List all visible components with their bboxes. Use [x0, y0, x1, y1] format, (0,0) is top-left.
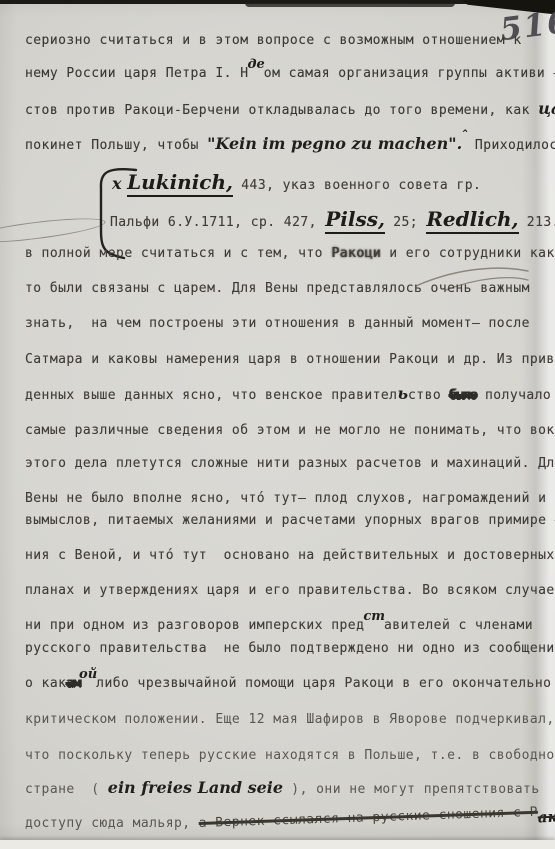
text-line: знать, на чем построены эти отношения в …	[25, 316, 530, 334]
handwritten-annotation: царь	[538, 99, 555, 118]
typed-text: ), они не могут препятствовать	[283, 782, 540, 797]
typed-text: самые различные сведения об этом и не мо…	[25, 423, 555, 438]
text-line: Вены не было вполне ясно, что́ тут— плод…	[25, 491, 546, 509]
document-page: 516 сериозно считаться и в этом вопросе …	[0, 0, 555, 849]
typed-text: нему России царя Петра I. Н	[25, 66, 248, 81]
text-line: о какамойлибо чрезвычайной помощи царя Р…	[25, 676, 551, 694]
typed-text: о как	[25, 676, 66, 691]
typed-text: ни при одном из разговоров имперских пре…	[25, 618, 364, 633]
text-line: этого дела плетутся сложные нити разных …	[25, 456, 555, 474]
typed-text: стов против Ракоци-Берчени откладывалась…	[25, 103, 538, 118]
handwritten-citation: Lukinich,	[127, 170, 233, 197]
typed-text: получало	[477, 388, 552, 403]
text-line: критическом положении. Еще 12 мая Шафиро…	[25, 712, 555, 730]
typed-text: 443, указ военного совета гр.	[233, 178, 481, 193]
typed-text: покинет Польшу, чтобы	[25, 138, 207, 153]
typed-text: Приходилось	[467, 138, 555, 153]
handwritten-citation: Pilss,	[325, 207, 385, 234]
typed-text: знать, на чем построены эти отношения в …	[25, 316, 530, 331]
handwritten-insertion: ст	[363, 609, 385, 624]
text-line: русского правительства не было подтвержд…	[25, 641, 555, 659]
text-line: x Lukinich, 443, указ военного совета гр…	[112, 174, 481, 192]
typed-text: денных выше данных ясно, что венское пра…	[25, 388, 397, 403]
text-line: что поскольку теперь русские находятся в…	[25, 748, 555, 766]
typed-text: этого дела плетутся сложные нити разных …	[25, 456, 555, 471]
typed-text: либо чрезвычайной помощи царя Ракоци в е…	[96, 676, 551, 691]
text-line: стов против Ракоци-Берчени откладывалась…	[25, 101, 555, 119]
text-line: Пальфи 6.У.1711, ср. 427, Pilss, 25; Red…	[110, 211, 555, 229]
text-line: ния с Веной, и что́ тут основано на дейс…	[25, 548, 555, 566]
handwritten-insertion: ой	[79, 667, 97, 682]
typed-text: критическом положении. Еще 12 мая Шафиро…	[25, 712, 555, 727]
typed-text: в полной мере считаться и с тем, что	[25, 246, 331, 261]
text-line: вымыслов, питаемых желаниями и расчетами…	[25, 513, 555, 531]
typed-text: стране (	[25, 782, 108, 797]
typed-text: планах и утверждениях царя и его правите…	[25, 583, 555, 598]
typed-text: вымыслов, питаемых желаниями и расчетами…	[25, 513, 555, 528]
typed-text: ом самая организация группы активи —	[264, 66, 555, 81]
typed-text: ния с Веной, и что́ тут основано на дейс…	[25, 548, 555, 563]
typed-text: доступу сюда мальяр,	[25, 816, 199, 831]
typed-text: Пальфи 6.У.1711, ср. 427,	[110, 215, 325, 230]
typed-text: что поскольку теперь русские находятся в…	[25, 748, 555, 763]
typed-text: 25;	[385, 215, 426, 230]
text-line: самые различные сведения об этом и не мо…	[25, 421, 555, 439]
text-line: планах и утверждениях царя и его правите…	[25, 583, 555, 601]
handwritten-insertion: де	[247, 57, 264, 72]
text-line: покинет Польшу, чтобы "Kein im pegno zu …	[25, 136, 555, 154]
text-line: денных выше данных ясно, что венское пра…	[25, 386, 551, 404]
text-line: в полной мере считаться и с тем, что Рак…	[25, 246, 555, 264]
typed-text: авителей с членами	[384, 618, 533, 633]
margin-pencil-mark	[0, 214, 107, 248]
handwritten-annotation: "Kein im pegno zu machen".	[207, 134, 462, 153]
typed-text: Вены не было вполне ясно, что́ тут— плод…	[25, 491, 546, 506]
text-line: сериозно считаться и в этом вопросе с во…	[25, 33, 522, 51]
typed-text: то были связаны с царем. Для Вены предст…	[25, 281, 530, 296]
typed-text: сериозно считаться и в этом вопросе с во…	[25, 33, 522, 48]
smudged-word: Ракоци	[331, 246, 381, 261]
handwritten-insertion: ˆ	[461, 129, 468, 144]
text-line: нему России царя Петра I. Ндеом самая ор…	[25, 66, 555, 84]
text-line: доступу сюда мальяр, а Вернек ссылался н…	[25, 814, 555, 832]
typed-text: и его сотрудники как -	[381, 246, 555, 261]
handwritten-struck-text: акоцу,	[537, 807, 555, 826]
handwritten-annotation: ein freies Land seie	[108, 778, 283, 797]
typed-text: Сатмара и каковы намерения царя в отноше…	[25, 352, 555, 367]
blotted-out-word: было	[449, 388, 476, 403]
photo-edge-top-shadow	[245, 3, 455, 7]
blotted-out-word: ам	[66, 676, 80, 691]
handwritten-citation: Redlich,	[426, 207, 518, 234]
typed-text: русского правительства не было подтвержд…	[25, 641, 555, 656]
photo-edge-bottom	[0, 840, 555, 849]
text-line: то были связаны с царем. Для Вены предст…	[25, 281, 530, 299]
typed-text: 213.	[519, 215, 555, 230]
text-line: стране ( ein freies Land seie ), они не …	[25, 780, 540, 798]
handwritten-annotation: ь	[397, 384, 408, 403]
typed-text: ство	[408, 388, 449, 403]
text-line: ни при одном из разговоров имперских пре…	[25, 618, 533, 636]
struck-through-text: а Вернек ссылался на русские сношения с …	[198, 805, 538, 832]
text-line: Сатмара и каковы намерения царя в отноше…	[25, 352, 555, 370]
handwritten-annotation: x	[112, 174, 127, 193]
